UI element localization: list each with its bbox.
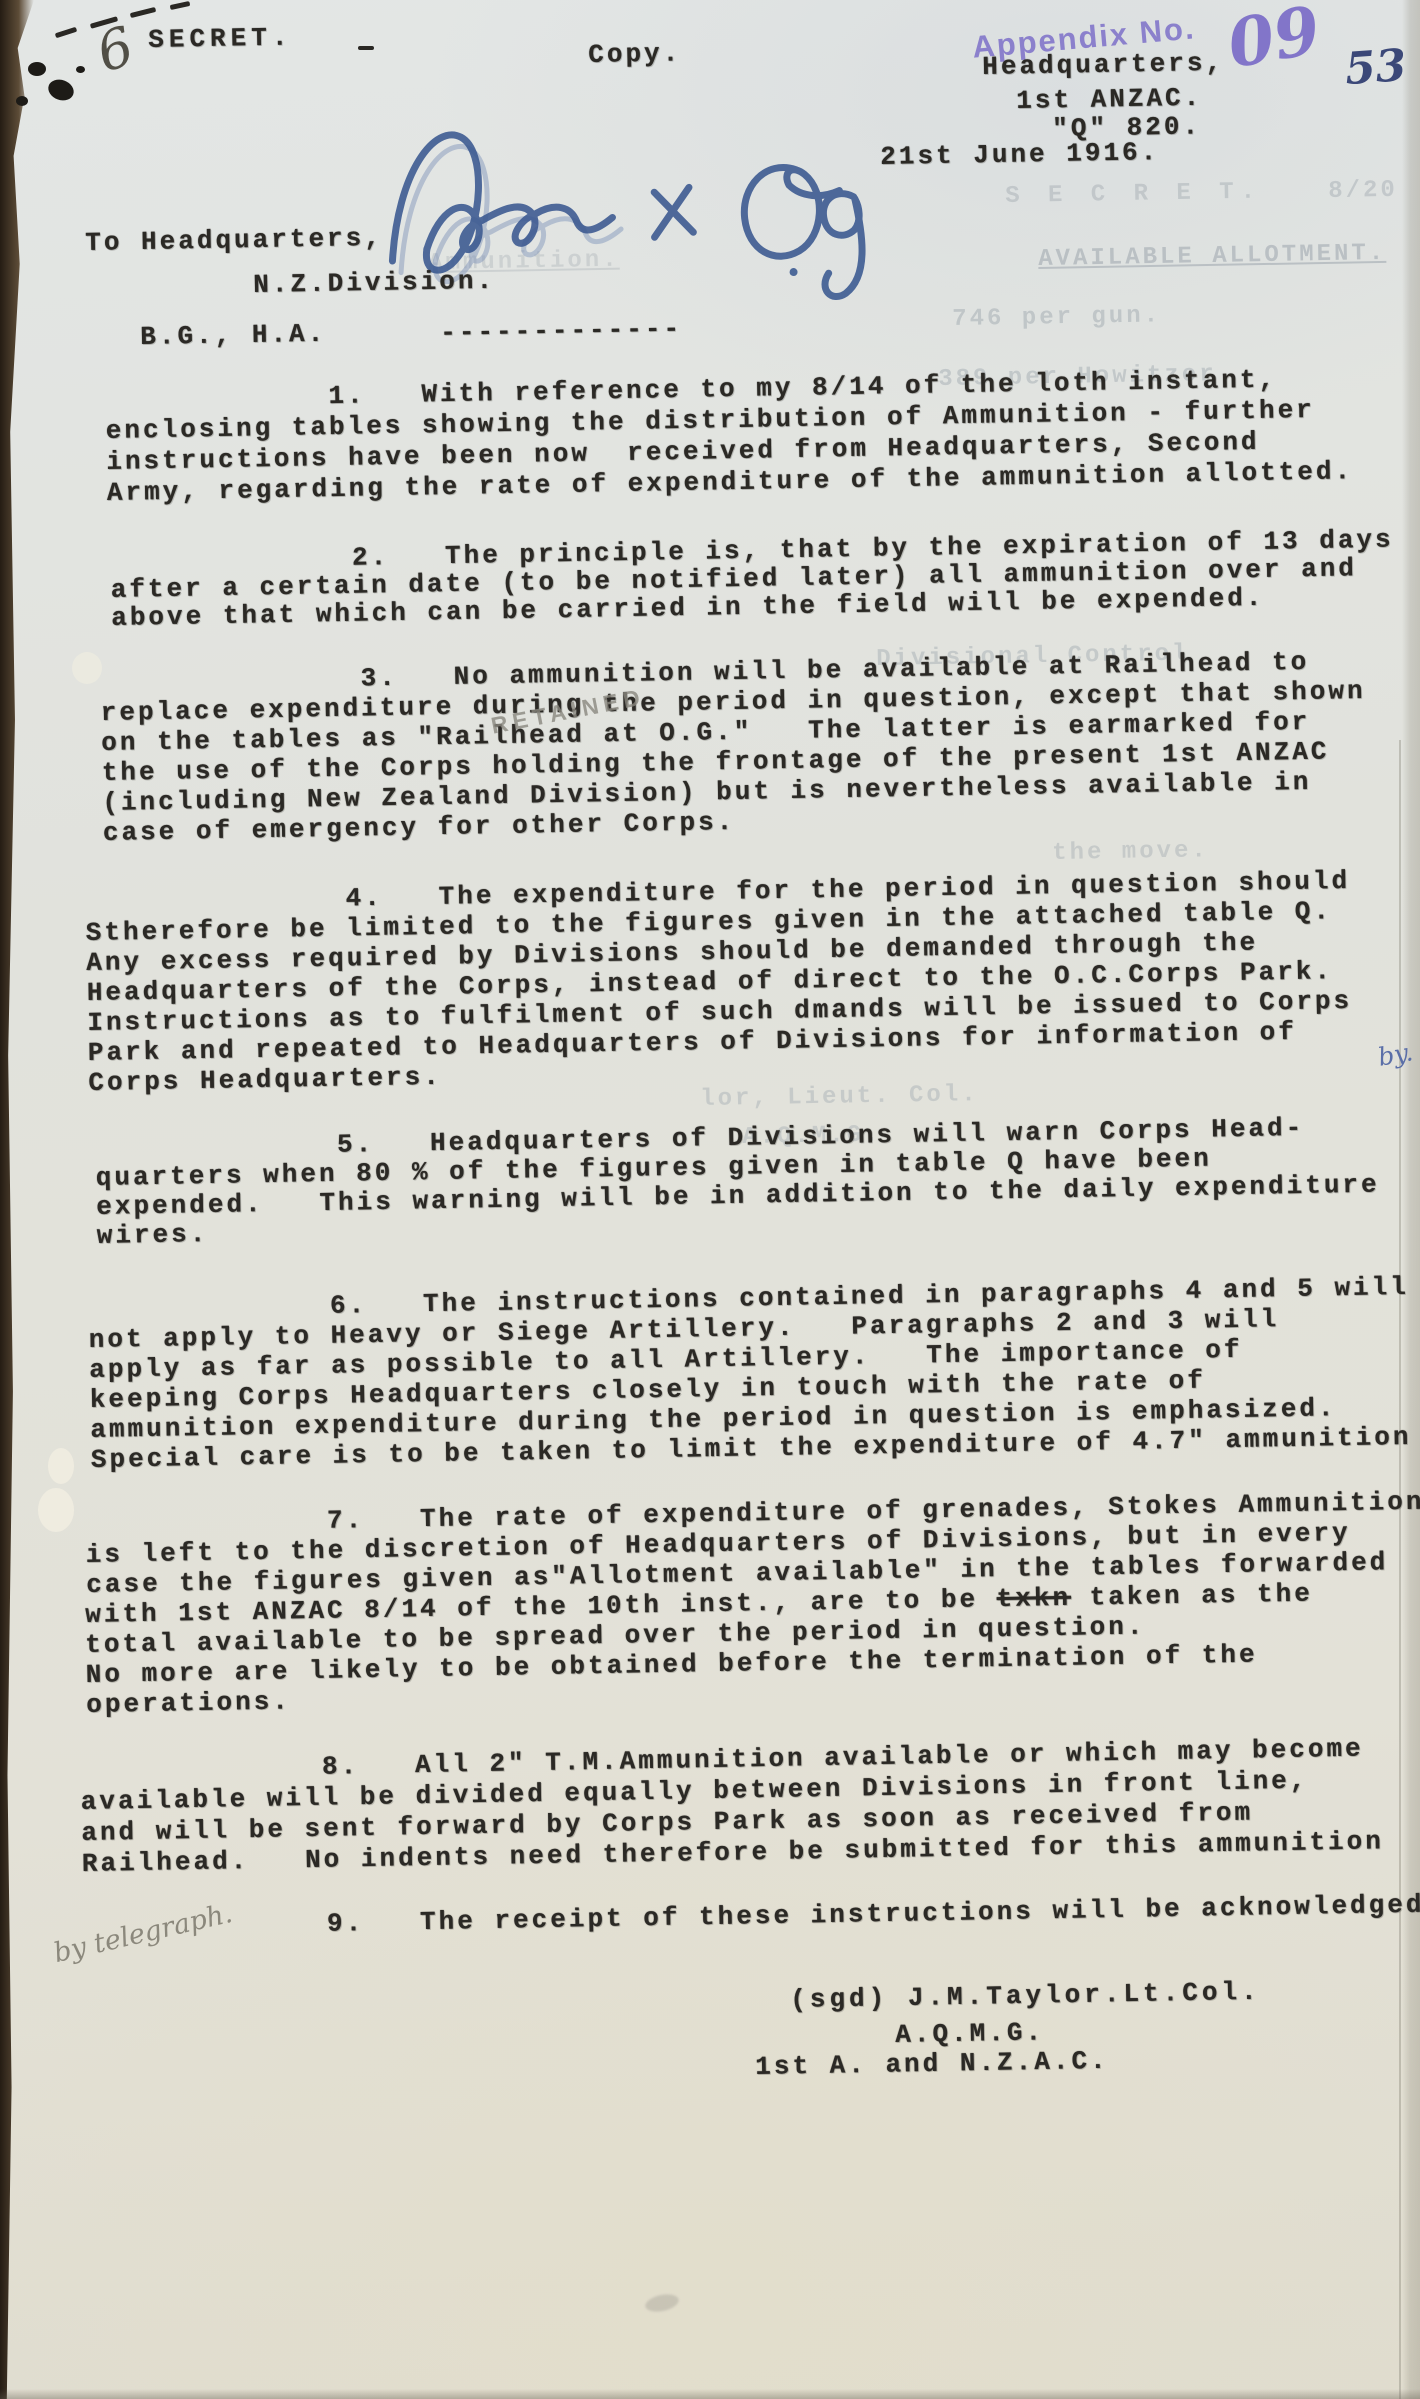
ghost-text: S E C R E T. bbox=[1005, 179, 1262, 210]
paper-spot bbox=[38, 1488, 74, 1532]
page-bottom-edge bbox=[0, 2389, 1420, 2399]
copy-label: Copy. bbox=[588, 38, 682, 70]
pen-dash-mark bbox=[358, 46, 374, 50]
pen-dash-mark bbox=[55, 27, 77, 39]
signature-line1: (sgd) J.M.Taylor.Lt.Col. bbox=[790, 1977, 1261, 2015]
pen-dash-mark bbox=[130, 7, 156, 18]
paragraph-8: 8. All 2" T.M.Ammunition available or wh… bbox=[80, 1733, 1384, 1880]
paragraph-9: 9. The receipt of these instructions wil… bbox=[85, 1889, 1420, 1943]
signature-line2: A.Q.M.G. bbox=[895, 2017, 1044, 2050]
page-right-edge bbox=[1402, 0, 1420, 2399]
page-number-handwritten: 53 bbox=[1343, 40, 1408, 95]
by-telegraph-pencil-note: by telegraph. bbox=[51, 1898, 235, 1969]
by-ink-note: by. bbox=[1376, 1037, 1415, 1072]
address-line2: N.Z.Division. bbox=[253, 266, 495, 300]
ghost-text: the move. bbox=[1052, 837, 1209, 867]
typed-rule: ------------- bbox=[440, 314, 682, 348]
paragraph-3: 3. No ammunition will be available at Ra… bbox=[100, 646, 1368, 848]
paper-spot bbox=[72, 652, 102, 684]
signature-line3: 1st A. and N.Z.A.C. bbox=[755, 2046, 1109, 2082]
handwritten-number-six: 6 bbox=[89, 14, 141, 85]
ghost-text: 746 per gun. bbox=[952, 302, 1161, 333]
ink-blot bbox=[16, 96, 28, 106]
address-line3: B.G., H.A. bbox=[140, 319, 327, 352]
paragraph-5: 5. Headquarters of Divisions will warn C… bbox=[95, 1113, 1380, 1251]
paragraph-6: 6. The instructions contained in paragra… bbox=[88, 1272, 1412, 1475]
classification-label: SECRET. bbox=[148, 22, 293, 55]
address-line1: To Headquarters, bbox=[85, 223, 383, 258]
appendix-number-handwritten: 09 bbox=[1222, 0, 1326, 83]
paragraph-2: 2. The principle is, that by the expirat… bbox=[110, 526, 1395, 632]
ink-blot bbox=[76, 66, 85, 73]
ink-blot bbox=[28, 62, 46, 76]
struck-out-word: txkn bbox=[996, 1583, 1071, 1614]
paper-spot bbox=[48, 1448, 74, 1484]
paragraph-4: 4. The expenditure for the period in que… bbox=[85, 866, 1353, 1098]
paragraph-1: 1. With reference to my 8/14 of the loth… bbox=[105, 363, 1353, 509]
struck-line-post: taken as the bbox=[1071, 1579, 1313, 1613]
letterhead-line1: Headquarters, bbox=[982, 48, 1224, 82]
pen-dash-mark bbox=[170, 1, 191, 10]
ghost-text: AVAILABLE ALLOTMENT. bbox=[1038, 240, 1386, 273]
ink-blot bbox=[45, 76, 76, 104]
document-page: S E C R E T. 8/20 AVAILABLE ALLOTMENT. 7… bbox=[0, 0, 1420, 2399]
paragraph-7-part2: total available to be spread over the pe… bbox=[85, 1610, 1258, 1720]
smudge-mark bbox=[644, 2292, 681, 2315]
date-line: 21st June 1916. bbox=[880, 137, 1160, 172]
ghost-text: 8/20 bbox=[1328, 177, 1398, 205]
binding-edge bbox=[0, 0, 34, 2399]
